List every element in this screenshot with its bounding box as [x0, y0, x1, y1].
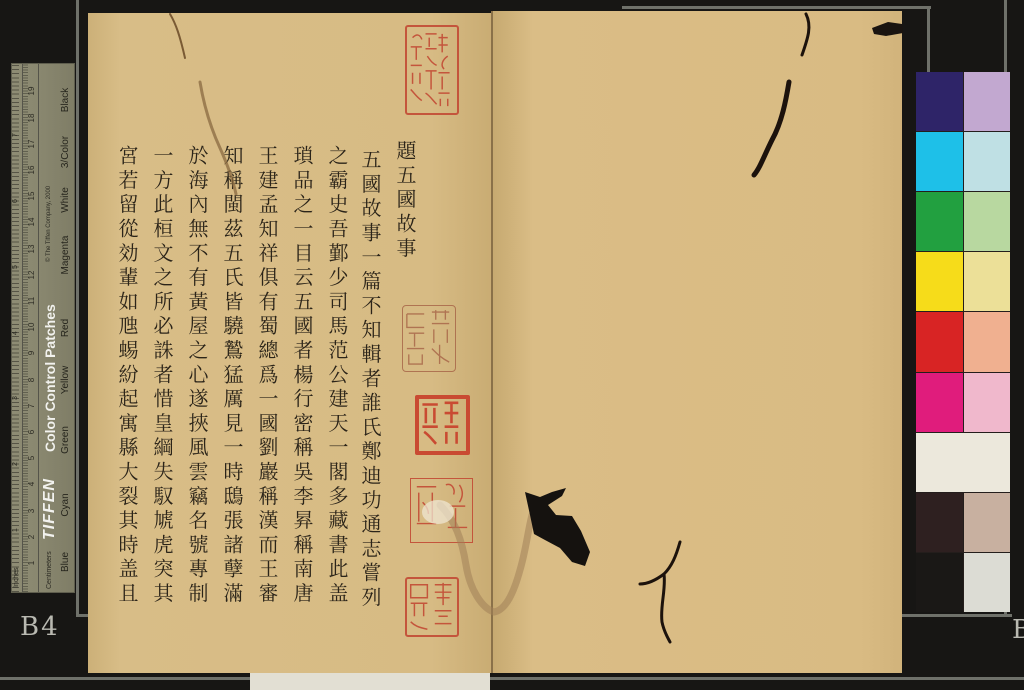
patch-full: [916, 433, 1010, 492]
patch-label-3color: 3/Color: [60, 136, 71, 168]
patch-label-magenta: Magenta: [60, 236, 71, 275]
inches-label: Inches: [13, 567, 20, 588]
patch-row-green: [916, 192, 1010, 251]
board-frame-line: [0, 677, 1024, 680]
seal-script-glyphs: [407, 27, 457, 113]
inch-mark: 1: [12, 528, 19, 532]
patch-label-yellow: Yellow: [60, 366, 71, 395]
cm-mark: 1: [27, 561, 36, 565]
cm-mark: 17: [27, 140, 36, 149]
color-control-ruler: Inches Centimeters 1 2 3 4 5 6 7 1 2 3 4…: [12, 64, 74, 592]
text-column: 五國故事一篇不知輯者誰氏鄭迪功通志嘗列: [358, 149, 382, 611]
collector-seal: [405, 25, 459, 115]
patch-row-magenta: [916, 373, 1010, 432]
patch-tint: [964, 312, 1011, 371]
copyright-text: © The Tiffen Company, 2000: [46, 186, 52, 262]
patch-full: [916, 132, 963, 191]
cm-mark: 5: [27, 456, 36, 460]
ruler-divider: [38, 64, 39, 592]
text-column: 瑣品之一目云五國者楊行密稱吳李昪稱南唐: [290, 145, 314, 607]
text-column: 一方此桓文之所必誅者惜皇綱失馭虓虎突其: [150, 145, 174, 607]
ruler-content: Inches Centimeters 1 2 3 4 5 6 7 1 2 3 4…: [12, 64, 74, 592]
patch-label-blue: Blue: [60, 552, 71, 572]
collector-seal: [402, 305, 456, 372]
seal-script-glyphs: [411, 479, 472, 542]
patch-full: [916, 373, 963, 432]
cm-mark: 15: [27, 192, 36, 201]
inch-ticks: [12, 64, 19, 592]
collector-seal: [415, 395, 470, 455]
cm-mark: 6: [27, 430, 36, 434]
inch-mark: 7: [12, 133, 19, 137]
cm-mark: 9: [27, 351, 36, 355]
patch-tint: [964, 72, 1011, 131]
patch-row-black: [916, 553, 1010, 612]
patch-full: [916, 252, 963, 311]
inch-mark: 3: [12, 396, 19, 400]
board-label-left: B4: [20, 614, 60, 640]
patch-tint: [964, 493, 1011, 552]
seal-script-glyphs: [419, 399, 466, 451]
board-frame-line: [622, 6, 931, 9]
book-right-page: [492, 11, 902, 673]
patch-full: [916, 553, 963, 612]
patch-full: [916, 493, 963, 552]
patch-label-white: White: [60, 187, 71, 213]
page-title: 題五國故事: [393, 140, 417, 262]
patch-full: [916, 72, 963, 131]
patch-full: [916, 192, 963, 251]
inch-mark: 6: [12, 199, 19, 203]
tiffen-logo: TIFFEN: [41, 478, 59, 540]
text-column: 宮若留從効輩如虺蜴紛起寓縣大裂其時盖且: [115, 145, 139, 607]
board-frame-line: [76, 0, 79, 617]
ruler-divider: [22, 64, 23, 592]
book-spine: [491, 11, 493, 673]
collector-seal: [410, 478, 473, 543]
centimeters-label: Centimeters: [46, 551, 53, 589]
cm-mark: 18: [27, 114, 36, 123]
cm-mark: 13: [27, 245, 36, 254]
inch-mark: 2: [12, 462, 19, 466]
cm-mark: 8: [27, 378, 36, 382]
inch-mark: 5: [12, 265, 19, 269]
patch-tint: [964, 373, 1011, 432]
patch-full: [916, 312, 963, 371]
cm-mark: 14: [27, 218, 36, 227]
patch-row-blue: [916, 72, 1010, 131]
cm-mark: 12: [27, 271, 36, 280]
inch-mark: 4: [12, 331, 19, 335]
patch-row-white: [916, 433, 1010, 492]
text-column: 之霸史吾鄞少司馬范公建天一閣多藏書此盖: [325, 145, 349, 607]
text-column: 王建孟知祥俱有蜀總爲一國劉巖稱漢而王審: [255, 145, 279, 607]
patch-row-3color: [916, 493, 1010, 552]
patch-tint: [964, 553, 1011, 612]
ruler-title: Color Control Patches: [42, 304, 58, 452]
color-patch-strip: [916, 72, 1010, 612]
collector-seal: [405, 577, 459, 637]
board-label-right: B: [1012, 617, 1024, 643]
patch-row-yellow: [916, 252, 1010, 311]
cm-mark: 16: [27, 166, 36, 175]
paper-strip-under-book: [250, 673, 490, 690]
patch-row-red: [916, 312, 1010, 371]
cm-mark: 4: [27, 482, 36, 486]
seal-script-glyphs: [403, 306, 455, 371]
patch-tint: [964, 252, 1011, 311]
cm-mark: 10: [27, 323, 36, 332]
patch-label-cyan: Cyan: [60, 493, 71, 516]
board-frame-line: [927, 6, 930, 72]
patch-tint: [964, 192, 1011, 251]
cm-mark: 11: [27, 297, 36, 305]
patch-label-red: Red: [60, 319, 71, 337]
patch-label-black: Black: [60, 88, 71, 112]
cm-mark: 19: [27, 87, 36, 96]
cm-mark: 2: [27, 535, 36, 539]
text-column: 於海內無不有黃屋之心遂挾風雲竊名號專制: [185, 145, 209, 607]
cm-mark: 3: [27, 509, 36, 513]
seal-script-glyphs: [407, 579, 457, 635]
patch-row-cyan: [916, 132, 1010, 191]
patch-label-green: Green: [60, 426, 71, 454]
cm-mark: 7: [27, 404, 36, 408]
text-column: 知稱閩茲五氏皆驍鷙猛厲見一時鴟張諸孽滿: [220, 145, 244, 607]
patch-tint: [964, 132, 1011, 191]
